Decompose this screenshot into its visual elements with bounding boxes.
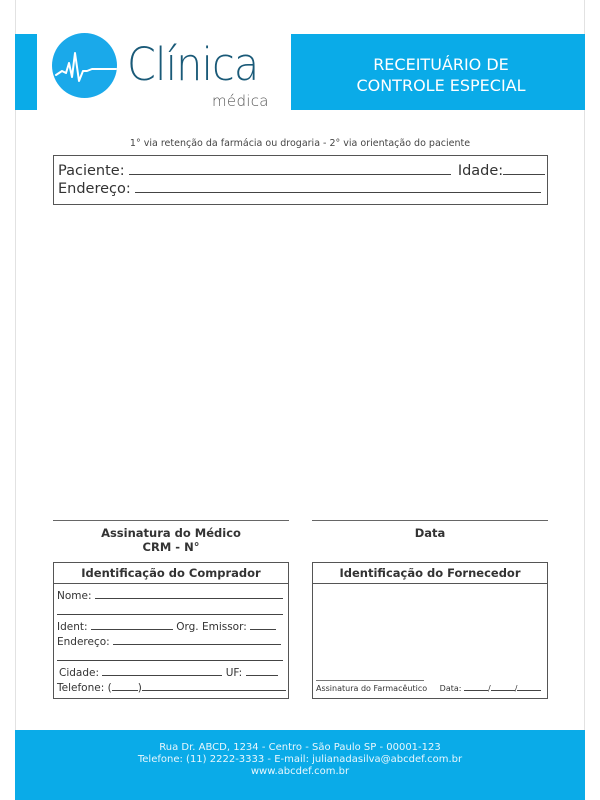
buyer-phone-line: Telefone: ()	[57, 679, 286, 694]
buyer-name-continuation-line[interactable]	[57, 614, 283, 615]
buyer-address-continuation-line[interactable]	[57, 660, 283, 661]
heartbeat-pulse-icon	[52, 33, 117, 98]
org-emissor-field[interactable]	[250, 618, 276, 630]
title-line-2: CONTROLE ESPECIAL	[321, 75, 561, 96]
patient-info-box: Paciente: Idade: Endereço:	[53, 155, 548, 205]
patient-label: Paciente:	[58, 163, 125, 179]
ident-label: Ident:	[57, 621, 88, 633]
phone-number-field[interactable]	[142, 679, 286, 691]
buyer-address-line: Endereço:	[57, 633, 281, 648]
buyer-name-label: Nome:	[57, 590, 92, 602]
date-label: Data	[312, 526, 548, 540]
doctor-signature-text: Assinatura do Médico	[53, 526, 289, 540]
buyer-ident-line: Ident: Org. Emissor:	[57, 618, 276, 633]
ident-field[interactable]	[91, 618, 173, 630]
phone-label: Telefone: (	[57, 682, 112, 694]
date-signature-line[interactable]	[312, 520, 548, 521]
footer-contact-band: Rua Dr. ABCD, 1234 - Centro - São Paulo …	[15, 730, 585, 800]
footer-contact: Telefone: (11) 2222-3333 - E-mail: julia…	[15, 754, 585, 766]
footer-website: www.abcdef.com.br	[15, 766, 585, 778]
patient-line: Paciente: Idade:	[58, 160, 545, 179]
title-line-1: RECEITUÁRIO DE	[321, 54, 561, 75]
document-title-box: RECEITUÁRIO DE CONTROLE ESPECIAL	[291, 34, 585, 110]
uf-field[interactable]	[246, 664, 278, 676]
supplier-date-year-field[interactable]	[517, 682, 541, 691]
org-emissor-label: Org. Emissor:	[176, 621, 247, 633]
supplier-date-label: Data:	[440, 684, 462, 693]
buyer-title: Identificação do Comprador	[54, 563, 288, 584]
pharmacist-signature-row: Assinatura do Farmacêutico Data: //	[316, 682, 541, 693]
buyer-name-field[interactable]	[95, 587, 283, 599]
buyer-city-line: Cidade: UF:	[59, 664, 278, 679]
uf-label: UF:	[226, 667, 242, 679]
logo-name: Clínica	[127, 40, 258, 90]
copy-instructions: 1° via retenção da farmácia ou drogaria …	[40, 138, 560, 149]
logo-subtitle: médica	[212, 93, 269, 109]
footer-address: Rua Dr. ABCD, 1234 - Centro - São Paulo …	[15, 742, 585, 754]
buyer-address-label: Endereço:	[57, 636, 110, 648]
pharmacist-signature-line[interactable]	[316, 680, 424, 681]
left-accent-bar	[15, 34, 37, 110]
address-line: Endereço:	[58, 178, 541, 197]
age-label: Idade:	[458, 163, 503, 179]
supplier-identification-box: Identificação do Fornecedor Assinatura d…	[312, 562, 548, 699]
patient-name-field[interactable]	[129, 160, 451, 175]
buyer-name-line: Nome:	[57, 587, 283, 602]
pharmacist-signature-label: Assinatura do Farmacêutico	[316, 684, 427, 693]
supplier-date-day-field[interactable]	[464, 682, 488, 691]
supplier-title: Identificação do Fornecedor	[313, 563, 547, 584]
document-title: RECEITUÁRIO DE CONTROLE ESPECIAL	[321, 54, 561, 96]
buyer-address-field[interactable]	[113, 633, 281, 645]
city-label: Cidade:	[59, 667, 99, 679]
address-label: Endereço:	[58, 181, 131, 197]
address-field[interactable]	[135, 178, 541, 193]
city-field[interactable]	[102, 664, 222, 676]
doctor-signature-label: Assinatura do Médico CRM - N°	[53, 526, 289, 554]
supplier-date-month-field[interactable]	[491, 682, 515, 691]
buyer-identification-box: Identificação do Comprador Nome: Ident: …	[53, 562, 289, 699]
crm-label: CRM - N°	[53, 540, 289, 554]
doctor-signature-line[interactable]	[53, 520, 289, 521]
phone-area-code-field[interactable]	[112, 679, 138, 691]
age-field[interactable]	[503, 160, 545, 175]
